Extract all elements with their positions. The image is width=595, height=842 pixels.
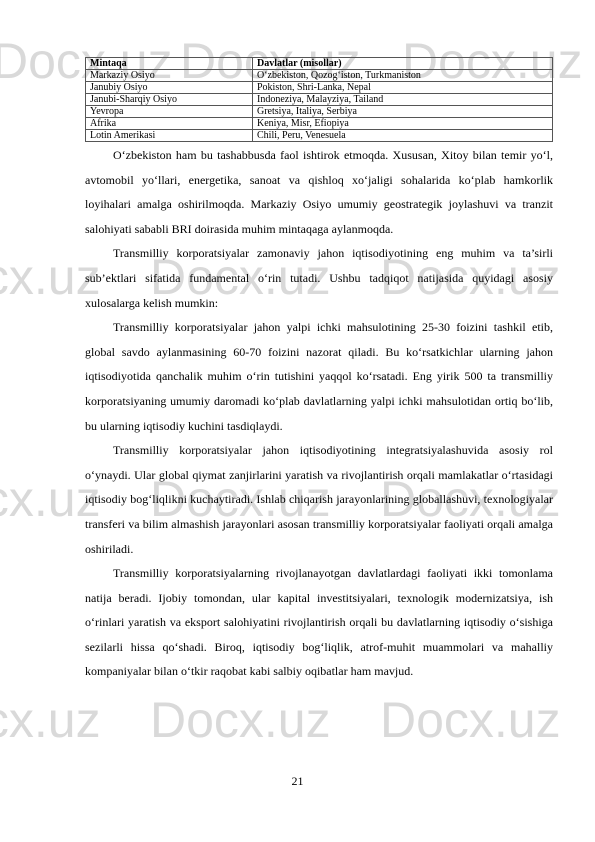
paragraph-tnc-integration: Transmilliy korporatsiyalar jahon iqtiso… <box>85 438 553 561</box>
region-cell: Afrika <box>86 118 253 130</box>
watermark: Docx.uz <box>380 695 561 745</box>
region-cell: Janubiy Osiyo <box>86 82 253 94</box>
paragraph-tnc-gdp-share: Transmilliy korporatsiyalar jahon yalpi … <box>85 315 553 438</box>
table-row: Markaziy Osiyo O‘zbekiston, Qozog‘iston,… <box>86 70 553 82</box>
paragraph-tnc-role: Transmilliy korporatsiyalar zamonaviy ja… <box>85 241 553 315</box>
table-row: Yevropa Gretsiya, Italiya, Serbiya <box>86 106 553 118</box>
region-cell: Yevropa <box>86 106 253 118</box>
countries-cell: Gretsiya, Italiya, Serbiya <box>253 106 553 118</box>
region-cell: Lotin Amerikasi <box>86 130 253 142</box>
document-page: Mintaqa Davlatlar (misollar) Markaziy Os… <box>85 57 553 684</box>
table-row: Lotin Amerikasi Chili, Peru, Venesuela <box>86 130 553 142</box>
column-header-countries: Davlatlar (misollar) <box>253 58 553 70</box>
paragraph-tnc-developing-countries: Transmilliy korporatsiyalarning rivojlan… <box>85 561 553 684</box>
regions-table: Mintaqa Davlatlar (misollar) Markaziy Os… <box>85 57 553 142</box>
table-row: Janubiy Osiyo Pokiston, Shri-Lanka, Nepa… <box>86 82 553 94</box>
table-row: Janubi-Sharqiy Osiyo Indoneziya, Malayzi… <box>86 94 553 106</box>
column-header-region: Mintaqa <box>86 58 253 70</box>
region-cell: Janubi-Sharqiy Osiyo <box>86 94 253 106</box>
countries-cell: Keniya, Misr, Efiopiya <box>253 118 553 130</box>
countries-cell: Pokiston, Shri-Lanka, Nepal <box>253 82 553 94</box>
watermark: Docx.uz <box>150 695 331 745</box>
page-number: 21 <box>0 774 595 789</box>
table-header-row: Mintaqa Davlatlar (misollar) <box>86 58 553 70</box>
countries-cell: O‘zbekiston, Qozog‘iston, Turkmaniston <box>253 70 553 82</box>
body-text: O‘zbekiston ham bu tashabbusda faol isht… <box>85 143 553 684</box>
countries-cell: Indoneziya, Malayziya, Tailand <box>253 94 553 106</box>
paragraph-uzbekistan-bri: O‘zbekiston ham bu tashabbusda faol isht… <box>85 143 553 241</box>
countries-cell: Chili, Peru, Venesuela <box>253 130 553 142</box>
region-cell: Markaziy Osiyo <box>86 70 253 82</box>
watermark: Docx.uz <box>0 695 101 745</box>
table-row: Afrika Keniya, Misr, Efiopiya <box>86 118 553 130</box>
